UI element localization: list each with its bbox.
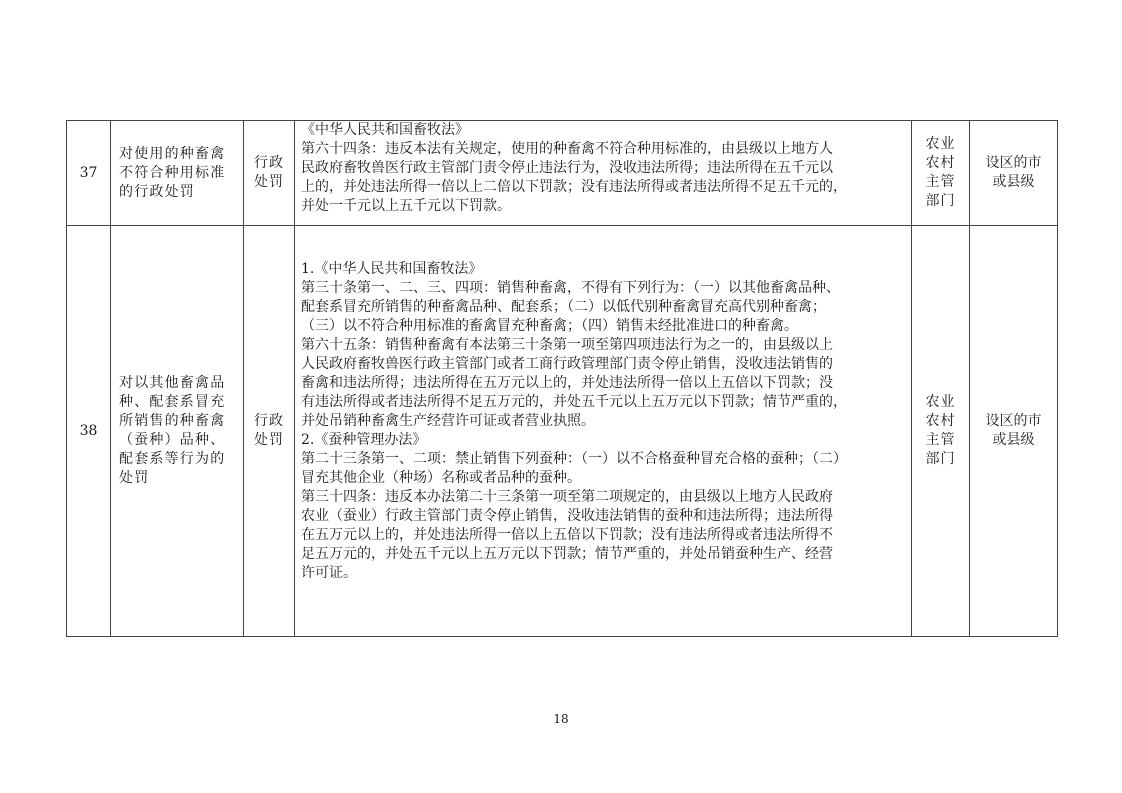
responsible-department: 农业 农村 主管 部门 [912, 226, 970, 637]
item-type: 行政 处罚 [244, 121, 295, 226]
table-row: 38 对以其他畜禽品 种、配套系冒充 所销售的种畜禽 （蚕种）品种、 配套系等行… [67, 226, 1058, 637]
row-number: 38 [67, 226, 111, 637]
legal-basis: 《中华人民共和国畜牧法》 第六十四条：违反本法有关规定，使用的种畜禽不符合种用标… [295, 121, 912, 226]
item-name: 对使用的种畜禽 不符合种用标准 的行政处罚 [111, 121, 244, 226]
row-number: 37 [67, 121, 111, 226]
item-name: 对以其他畜禽品 种、配套系冒充 所销售的种畜禽 （蚕种）品种、 配套系等行为的 … [111, 226, 244, 637]
page-number: 18 [0, 712, 1122, 726]
administrative-penalty-table: 37 对使用的种畜禽 不符合种用标准 的行政处罚 行政 处罚 《中华人民共和国畜… [66, 120, 1058, 637]
table-row: 37 对使用的种畜禽 不符合种用标准 的行政处罚 行政 处罚 《中华人民共和国畜… [67, 121, 1058, 226]
legal-basis: 1.《中华人民共和国畜牧法》 第三十条第一、二、三、四项：销售种畜禽，不得有下列… [295, 226, 912, 637]
document-page: 37 对使用的种畜禽 不符合种用标准 的行政处罚 行政 处罚 《中华人民共和国畜… [0, 0, 1122, 793]
implementation-level: 设区的市 或县级 [970, 121, 1058, 226]
item-type: 行政 处罚 [244, 226, 295, 637]
implementation-level: 设区的市 或县级 [970, 226, 1058, 637]
responsible-department: 农业 农村 主管 部门 [912, 121, 970, 226]
